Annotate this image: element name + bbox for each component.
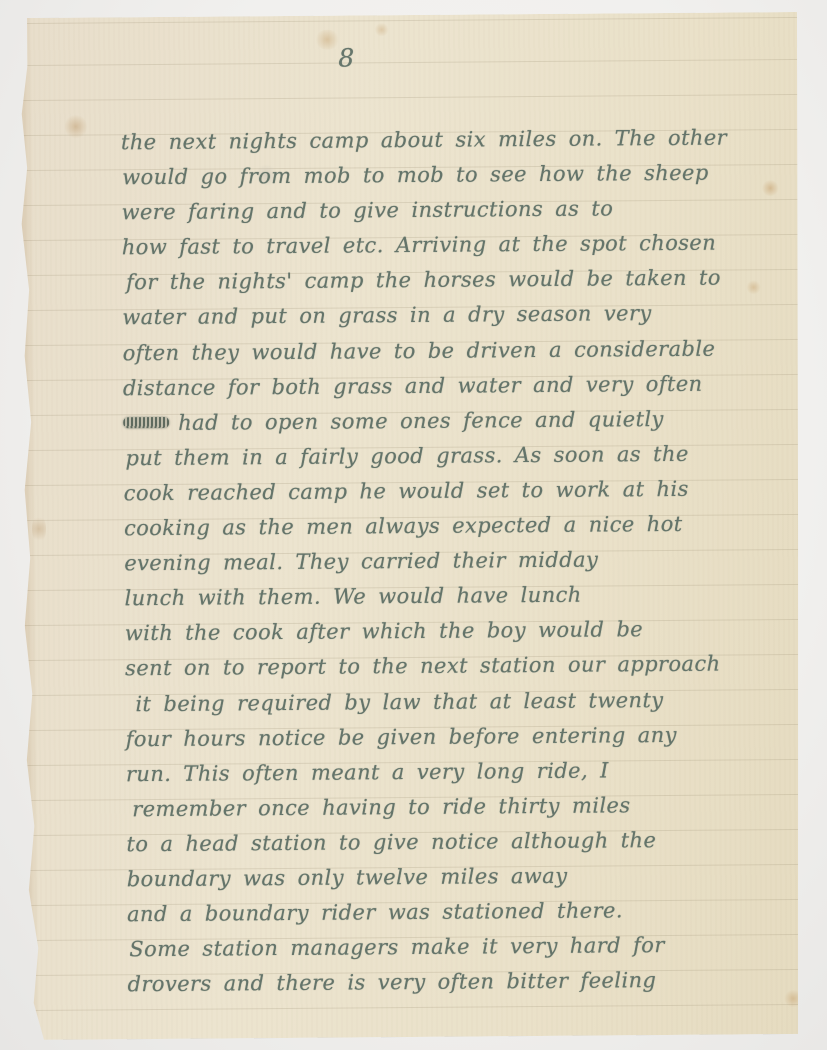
foxing-stain [374,23,389,36]
page-number: 8 [326,43,366,72]
manuscript-line: the next nights camp about six miles on.… [121,120,771,160]
manuscript-line: cook reached camp he would set to work a… [124,471,774,511]
photo-backdrop: 8 the next nights camp about six miles o… [0,0,827,1050]
manuscript-line: put them in a fairly good grass. As soon… [123,436,773,476]
scribbled-out-word [123,417,169,428]
manuscript-line: remember once having to ride thirty mile… [126,787,776,827]
manuscript-line: Some station managers make it very hard … [127,927,777,967]
manuscript-line: it being required by law that at least t… [125,682,775,722]
manuscript-line-text: had to open some ones fence and quietly [178,407,664,435]
manuscript-line: and a boundary rider was stationed there… [127,892,777,932]
handwritten-text-block: the next nights camp about six miles on.… [121,120,778,1002]
manuscript-line: lunch with them. We would have lunch [124,576,774,616]
manuscript-line: run. This often meant a very long ride, … [126,752,776,792]
foxing-stain [65,114,87,140]
manuscript-line: for the nights' camp the horses would be… [122,261,772,301]
manuscript-line: were faring and to give instructions as … [121,190,771,230]
foxing-stain [32,514,46,544]
manuscript-line: would go from mob to mob to see how the … [121,155,771,195]
manuscript-page: 8 the next nights camp about six miles o… [18,12,805,1040]
manuscript-line: to a head station to give notice althoug… [126,822,776,862]
manuscript-line: evening meal. They carried their midday [124,541,774,581]
manuscript-line: cooking as the men always expected a nic… [124,506,774,546]
manuscript-line: with the cook after which the boy would … [125,611,775,651]
manuscript-line: often they would have to be driven a con… [122,331,772,371]
manuscript-line: drovers and there is very often bitter f… [127,962,777,1002]
manuscript-line: distance for both grass and water and ve… [123,366,773,406]
manuscript-line: boundary was only twelve miles away [127,857,777,897]
foxing-stain [784,990,803,1007]
manuscript-line: water and put on grass in a dry season v… [122,296,772,336]
manuscript-line: how fast to travel etc. Arriving at the … [122,225,772,265]
manuscript-line: four hours notice be given before enteri… [126,717,776,757]
manuscript-line: sent on to report to the next station ou… [125,647,775,687]
manuscript-line: had to open some ones fence and quietly [123,401,773,441]
